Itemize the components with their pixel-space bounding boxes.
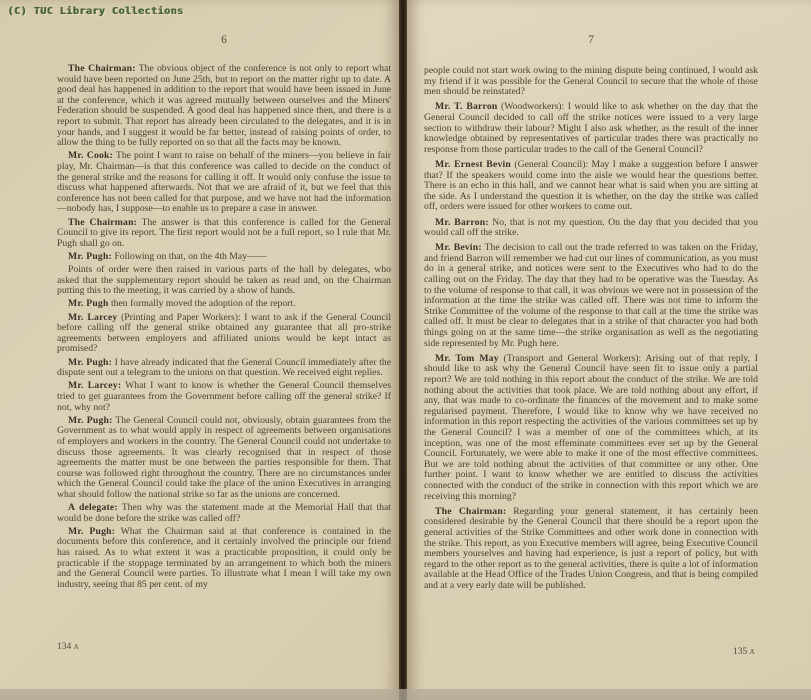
- speaker-name: The Chairman:: [435, 506, 506, 517]
- paragraph: Mr. Tom May (Transport and General Worke…: [424, 354, 758, 502]
- speaker-name: The Chairman:: [68, 63, 136, 74]
- paragraph: Mr. T. Barron (Woodworkers): I would lik…: [424, 102, 758, 155]
- speaker-name: Mr. Ernest Bevin: [435, 159, 511, 170]
- page-left-text: The Chairman: The obvious object of the …: [57, 64, 391, 593]
- speaker-name: Mr. Larcey:: [68, 380, 121, 391]
- paragraph: A delegate: Then why was the statement m…: [57, 503, 391, 524]
- footer-number: 134: [57, 642, 71, 652]
- scan-bottom-edge: [0, 689, 811, 700]
- page-footer-right: 135 A: [733, 647, 755, 657]
- paragraph: Points of order were then raised in vari…: [57, 265, 391, 297]
- speaker-name: Mr. Pugh:: [68, 251, 112, 262]
- paragraph: The Chairman: Regarding your general sta…: [424, 507, 758, 592]
- book-spine-gutter: [399, 0, 407, 700]
- paragraph: The Chairman: The obvious object of the …: [57, 64, 391, 149]
- speaker-name: Mr. Tom May: [435, 353, 499, 364]
- footer-number: 135: [733, 647, 747, 657]
- paragraph: Mr. Barron: No, that is not my question.…: [424, 218, 758, 239]
- speaker-name: The Chairman:: [68, 217, 137, 228]
- speaker-name: Mr. Pugh:: [68, 415, 113, 426]
- speaker-name: A delegate:: [68, 502, 118, 513]
- page-right-text: people could not start work owing to the…: [424, 66, 758, 596]
- page-number-right: 7: [424, 34, 758, 46]
- book-scan: { "watermark": "(C) TUC Library Collecti…: [0, 0, 811, 700]
- paragraph: Mr. Cook: The point I want to raise on b…: [57, 151, 391, 215]
- paragraph: Mr. Ernest Bevin (General Council): May …: [424, 160, 758, 213]
- page-footer-left: 134 A: [57, 642, 79, 652]
- paragraph: Mr. Bevin: The decision to call out the …: [424, 243, 758, 349]
- paragraph: Mr. Pugh then formally moved the adoptio…: [57, 299, 391, 310]
- page-left: 6 The Chairman: The obvious object of th…: [0, 0, 399, 700]
- speaker-name: Mr. Pugh:: [68, 357, 112, 368]
- paragraph: Mr. Pugh: The General Council could not,…: [57, 416, 391, 501]
- footer-suffix: A: [74, 643, 79, 651]
- speaker-name: Mr. Pugh:: [68, 526, 115, 537]
- footer-suffix: A: [750, 648, 755, 656]
- speaker-name: Mr. Bevin:: [435, 242, 482, 253]
- paragraph: The Chairman: The answer is that this co…: [57, 218, 391, 250]
- paragraph: people could not start work owing to the…: [424, 66, 758, 98]
- paragraph: Mr. Larcey: What I want to know is wheth…: [57, 381, 391, 413]
- page-right: 7 people could not start work owing to t…: [407, 0, 811, 700]
- copyright-watermark: (C) TUC Library Collections: [8, 6, 184, 17]
- speaker-name: Mr. Cook:: [68, 150, 113, 161]
- paragraph: Mr. Pugh: Following on that, on the 4th …: [57, 252, 391, 263]
- paragraph: Mr. Pugh: What the Chairman said at that…: [57, 527, 391, 591]
- speaker-name: Mr. Pugh: [68, 298, 109, 309]
- paragraph: Mr. Pugh: I have already indicated that …: [57, 358, 391, 379]
- paragraph: Mr. Larcey (Printing and Paper Workers):…: [57, 313, 391, 355]
- page-number-left: 6: [57, 34, 391, 46]
- speaker-name: Mr. Larcey: [68, 312, 117, 323]
- speaker-name: Mr. T. Barron: [435, 101, 497, 112]
- speaker-name: Mr. Barron:: [435, 217, 489, 228]
